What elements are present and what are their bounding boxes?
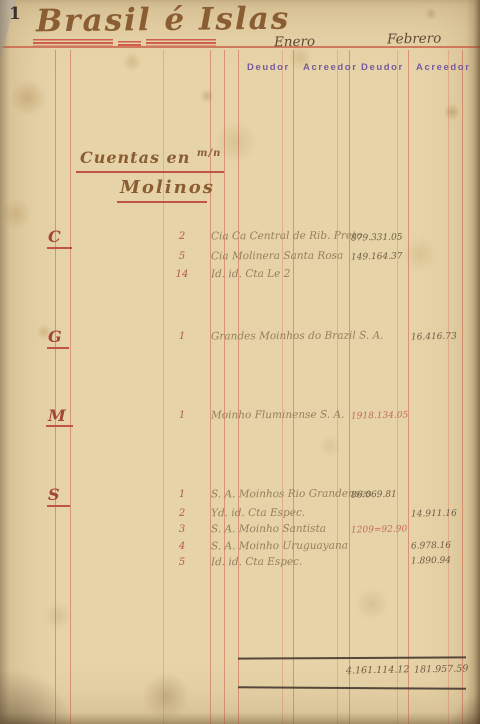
- group-letter: C: [48, 227, 74, 246]
- folio-number: 1: [9, 4, 21, 24]
- ledger-rule: [293, 50, 294, 724]
- group-letter: M: [48, 406, 74, 425]
- account-description: S. A. Moinhos Rio Grandenses: [211, 488, 372, 501]
- section-heading: Cuentas en m/n: [80, 148, 221, 167]
- account-number: 2: [170, 508, 194, 519]
- column-header-deudor-febrero: Deudor: [361, 62, 404, 73]
- account-number: 4: [170, 541, 194, 552]
- account-description: Id. id. Cta Espec.: [211, 556, 302, 568]
- heading-underline: [117, 201, 207, 203]
- column-header-acreedor-enero: Acreedor: [303, 62, 358, 73]
- account-description: Cia Molinera Santa Rosa: [211, 250, 343, 263]
- ledger-rule: [238, 50, 239, 724]
- month-header-febrero: Febrero: [387, 31, 442, 48]
- amount-febrero-acreedor: 16.416.73: [411, 331, 465, 342]
- ledger-page: 1 Brasil é Islas Enero Febrero Deudor Ac…: [0, 0, 480, 724]
- account-number: 3: [170, 524, 194, 535]
- amount-febrero-acreedor: 6.978.16: [411, 540, 465, 551]
- amount-febrero-deudor: 86.069.81: [351, 489, 409, 500]
- column-header-acreedor-febrero: Acreedor: [416, 62, 471, 73]
- group-letter: S: [48, 485, 74, 504]
- total-febrero-deudor: 4.161.114.12: [346, 664, 404, 676]
- account-description: S. A. Moinho Santista: [211, 523, 326, 536]
- total-febrero-acreedor: 181.957.59: [414, 663, 468, 675]
- title-underline: [33, 39, 113, 46]
- account-number: 14: [170, 269, 194, 280]
- account-number: 5: [170, 251, 194, 262]
- account-description: Id. id. Cta Le 2: [211, 268, 290, 280]
- account-description: Cia Ca Central de Rib. Preto: [211, 230, 363, 243]
- cents-rule: [397, 50, 398, 724]
- amount-febrero-acreedor: 1.890.94: [411, 555, 465, 566]
- amount-febrero-deudor: 1918.134.05: [351, 410, 409, 421]
- ledger-rule: [462, 50, 463, 724]
- group-letter-underline: [47, 247, 72, 249]
- totals-rule-bottom: [238, 686, 466, 690]
- group-letter: G: [48, 327, 74, 346]
- cents-rule: [448, 50, 449, 724]
- ledger-rule: [224, 50, 225, 724]
- title-underline: [118, 41, 141, 46]
- account-number: 1: [170, 331, 194, 342]
- account-description: S. A. Moinho Uruguayana: [211, 540, 348, 553]
- currency-mark: m/n: [197, 148, 222, 159]
- cents-rule: [337, 50, 338, 724]
- amount-febrero-deudor: 1209=92.90: [351, 524, 409, 535]
- title-underline: [146, 39, 216, 46]
- cents-rule: [282, 50, 283, 724]
- group-letter-underline: [46, 425, 73, 427]
- ledger-rule: [70, 50, 71, 724]
- ledger-rule: [408, 50, 409, 724]
- totals-rule-top: [238, 656, 466, 659]
- amount-febrero-deudor: 879.331.05: [351, 232, 409, 243]
- column-header-deudor-enero: Deudor: [247, 62, 290, 73]
- amount-febrero-deudor: 149.164.37: [351, 251, 409, 262]
- ledger-rule: [349, 50, 350, 724]
- account-number: 2: [170, 231, 194, 242]
- account-description: Yd. id. Cta Espec.: [211, 507, 305, 519]
- section-heading-text: Cuentas en: [80, 148, 190, 167]
- account-number: 1: [170, 410, 194, 421]
- month-header-enero: Enero: [274, 34, 315, 51]
- account-description: Moinho Fluminense S. A.: [211, 409, 344, 422]
- heading-underline: [76, 171, 224, 173]
- account-number: 1: [170, 489, 194, 500]
- account-description: Grandes Moinhos do Brazil S. A.: [211, 330, 384, 343]
- group-letter-underline: [47, 347, 69, 349]
- page-title: Brasil é Islas: [36, 1, 291, 40]
- account-number: 5: [170, 557, 194, 568]
- group-letter-underline: [47, 505, 70, 507]
- amount-febrero-acreedor: 14.911.16: [411, 508, 465, 519]
- ledger-rule: [55, 50, 56, 724]
- section-subheading: Molinos: [120, 177, 215, 198]
